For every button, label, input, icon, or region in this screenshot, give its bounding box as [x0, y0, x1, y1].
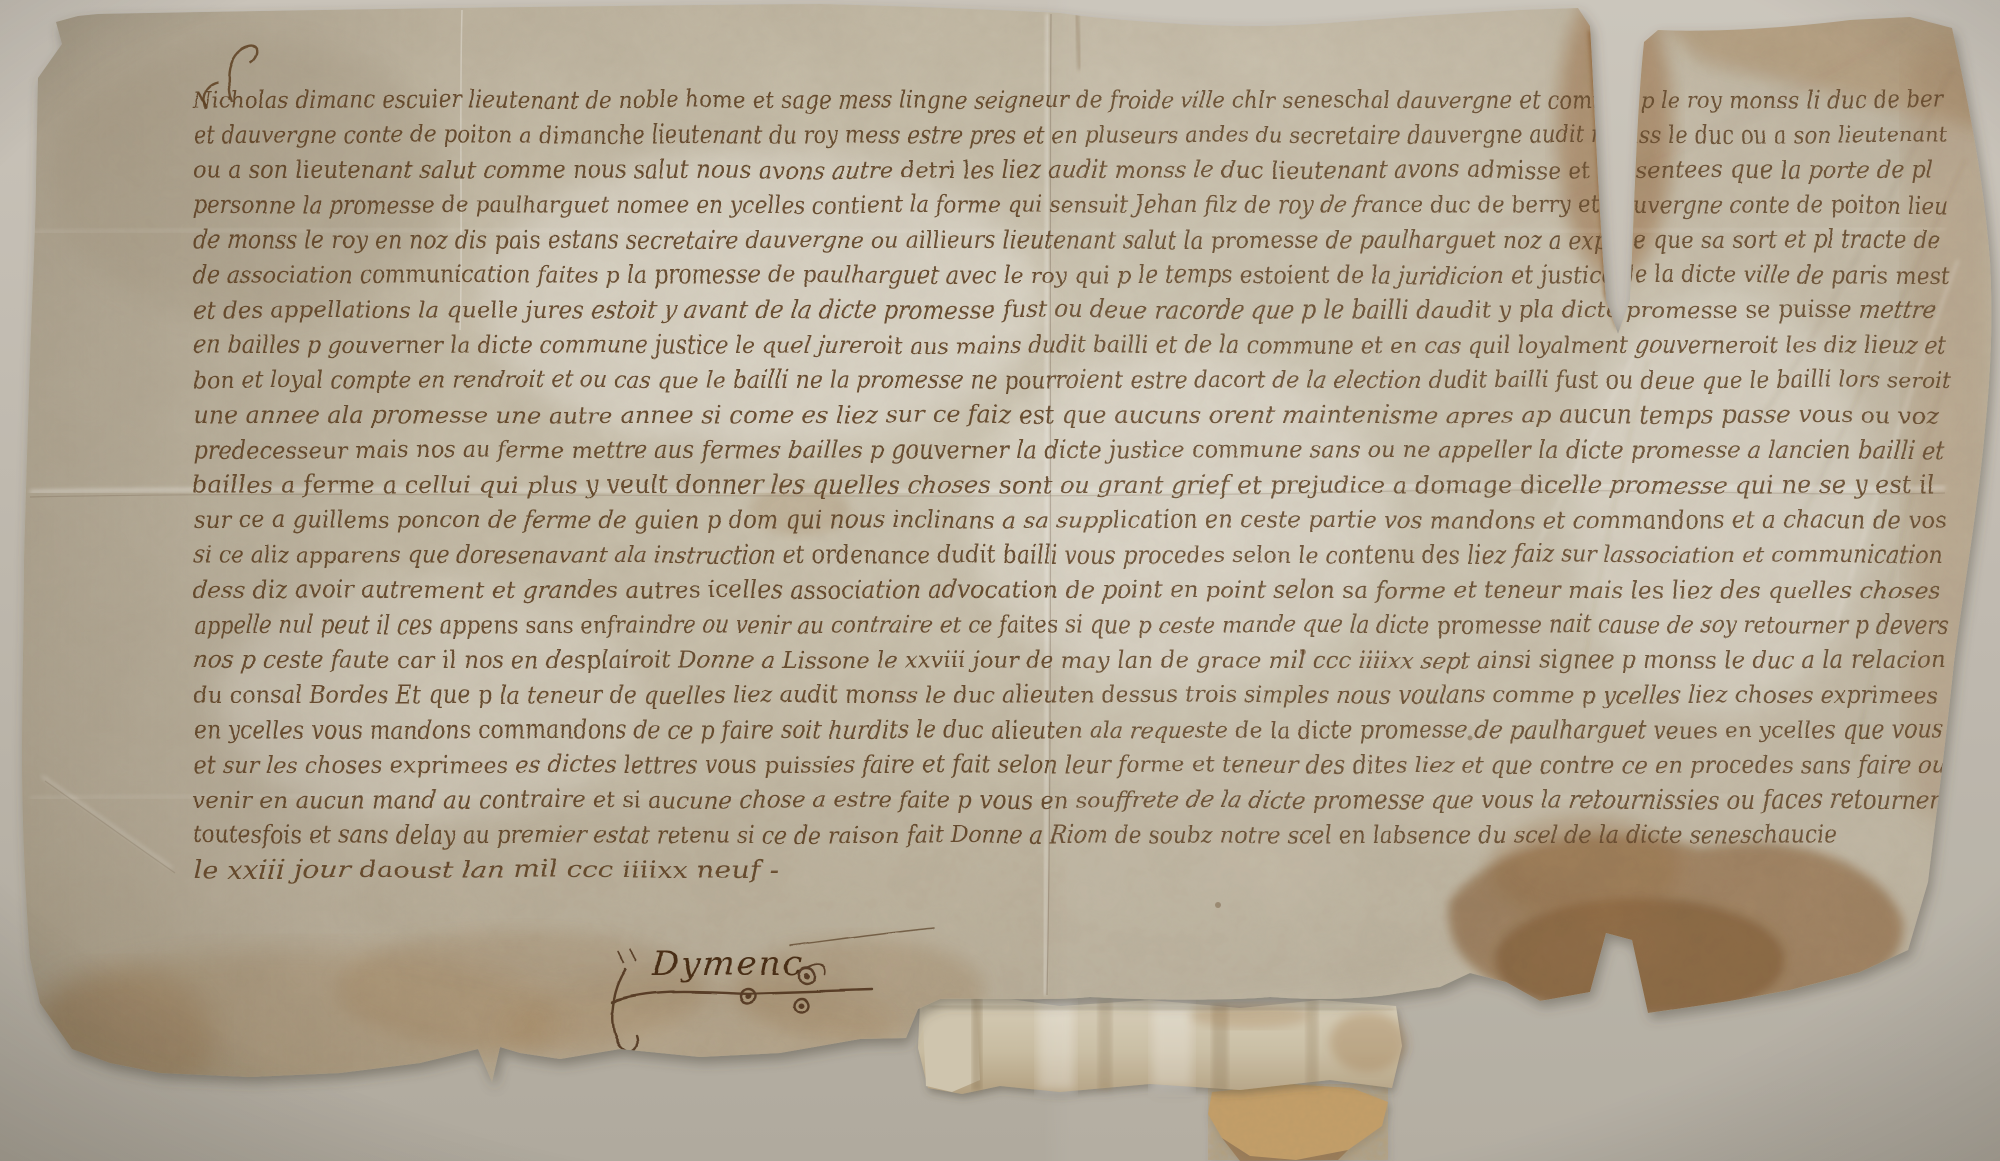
- photograph: Nicholas dimanc escuier lieutenant de no…: [0, 0, 2000, 1161]
- photo-vignette: [0, 0, 2000, 1161]
